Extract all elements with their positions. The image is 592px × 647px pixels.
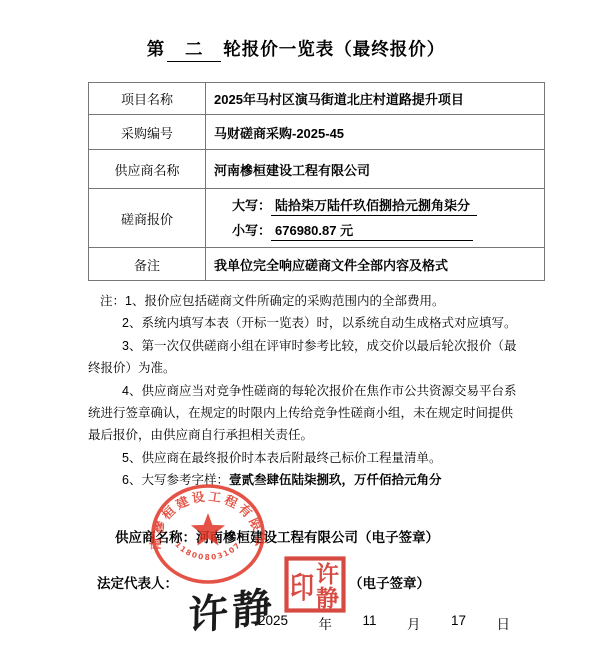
company-seal-star-icon	[191, 513, 225, 546]
title-suffix: 轮报价一览表（最终报价）	[223, 39, 445, 59]
row-value-procurement-no: 马财磋商采购-2025-45	[206, 115, 545, 150]
row-value-quotation: 大写：陆拾柒万陆仟玖佰捌拾元捌角柒分 小写：676980.87 元	[206, 189, 545, 248]
esign-note: （电子签章）	[349, 572, 430, 592]
table-row-supplier: 供应商名称 河南槮桓建设工程有限公司	[89, 150, 545, 189]
row-label-procurement-no: 采购编号	[89, 115, 206, 150]
note-lead: 注：	[100, 294, 125, 308]
note-item-4: 4、供应商应当对竞争性磋商的每轮次报价在焦作市公共资源交易平台系统进行签章确认，…	[88, 380, 524, 447]
date-line: 2025 年 11 月 17 日	[258, 613, 510, 633]
quotation-words-line: 大写：陆拾柒万陆仟玖佰捌拾元捌角柒分	[232, 195, 540, 216]
date-day: 17	[451, 613, 466, 633]
personal-seal-char-surname: 许	[316, 561, 339, 588]
row-label-supplier: 供应商名称	[89, 150, 206, 189]
page-title: 第二轮报价一览表（最终报价）	[0, 36, 592, 62]
quotation-figures-line: 小写：676980.87 元	[232, 220, 540, 241]
table-row-quotation: 磋商报价 大写：陆拾柒万陆仟玖佰捌拾元捌角柒分 小写：676980.87 元	[89, 189, 545, 248]
date-day-unit: 日	[496, 613, 510, 633]
note-item-5: 5、供应商在最终报价时本表后附最终己标价工程量清单。	[88, 447, 524, 469]
row-label-quotation: 磋商报价	[89, 189, 206, 248]
table-row-procurement-no: 采购编号 马财磋商采购-2025-45	[89, 115, 545, 150]
quotation-figures-value: 676980.87 元	[271, 220, 473, 241]
note-item-1: 注：1、报价应包括磋商文件所确定的采购范围内的全部费用。	[88, 290, 524, 312]
title-prefix: 第	[147, 39, 166, 59]
row-label-remarks: 备注	[89, 248, 206, 281]
personal-seal-char-givenname: 静	[316, 585, 339, 612]
quotation-words-label: 大写：	[232, 198, 271, 213]
personal-seal-stamp: 印 许 静	[284, 556, 346, 614]
personal-seal-char-yin: 印	[290, 571, 314, 606]
row-value-remarks: 我单位完全响应磋商文件全部内容及格式	[206, 248, 545, 281]
company-seal-stamp: 河南槮桓建设工程有限公司 4118008031071	[149, 482, 267, 586]
note-item-3: 3、第一次仅供磋商小组在评审时参考比较，成交价以最后轮次报价（最终报价）为准。	[88, 335, 524, 380]
date-month-unit: 月	[407, 613, 421, 633]
table-row-remarks: 备注 我单位完全响应磋商文件全部内容及格式	[89, 248, 545, 281]
row-value-supplier: 河南槮桓建设工程有限公司	[206, 150, 545, 189]
table-row-project: 项目名称 2025年马村区演马街道北庄村道路提升项目	[89, 83, 545, 115]
title-round-number: 二	[167, 36, 221, 62]
notes-block: 注：1、报价应包括磋商文件所确定的采购范围内的全部费用。 2、系统内填写本表（开…	[88, 290, 524, 492]
date-year-unit: 年	[319, 613, 333, 633]
row-value-project: 2025年马村区演马街道北庄村道路提升项目	[206, 83, 545, 115]
note-item-2: 2、系统内填写本表（开标一览表）时，以系统自动生成格式对应填写。	[88, 312, 524, 334]
document-page: 第二轮报价一览表（最终报价） 项目名称 2025年马村区演马街道北庄村道路提升项…	[0, 0, 592, 647]
row-label-project: 项目名称	[89, 83, 206, 115]
quotation-table: 项目名称 2025年马村区演马街道北庄村道路提升项目 采购编号 马财磋商采购-2…	[88, 82, 545, 281]
quotation-figures-label: 小写：	[232, 223, 271, 238]
date-month: 11	[362, 613, 376, 633]
handwritten-signature: 许静	[188, 574, 276, 642]
quotation-words-value: 陆拾柒万陆仟玖佰捌拾元捌角柒分	[271, 195, 477, 216]
